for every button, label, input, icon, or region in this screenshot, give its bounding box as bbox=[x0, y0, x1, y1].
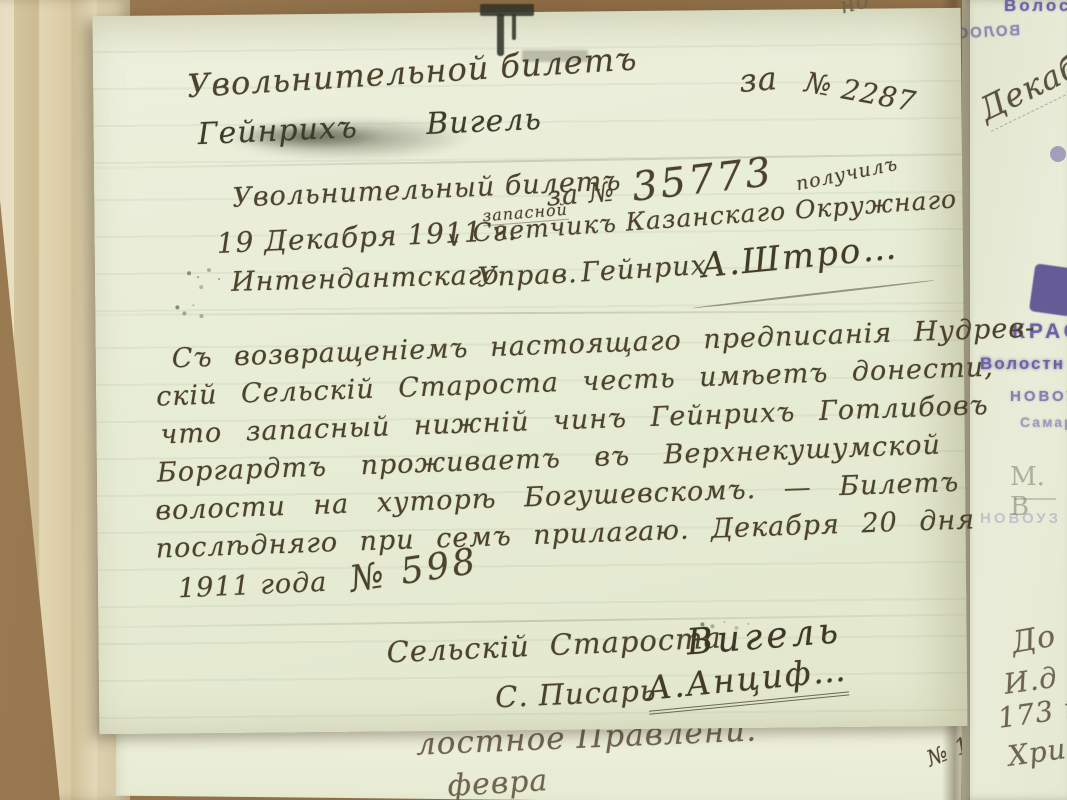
doc-title-za: за bbox=[738, 59, 779, 100]
ink-blot-drip bbox=[512, 14, 516, 40]
doc-title-number: № 2287 bbox=[802, 66, 919, 119]
ink-blot-drip bbox=[497, 14, 504, 56]
archival-photo: лостное Правлени. февра № 114 Волос ВОЛО… bbox=[0, 0, 1067, 800]
main-document-page: Увольнительной билетъ за № 2287 но Гейнр… bbox=[93, 8, 968, 734]
script-fragment: Хри bbox=[1006, 732, 1067, 773]
paper-crease bbox=[95, 310, 963, 316]
signature-label-starosta: Сельскій Староста bbox=[386, 620, 723, 669]
receipt-line3a: Интендантскаго bbox=[231, 260, 500, 298]
faint-stamp-novouz: НОВОУЗ bbox=[980, 510, 1061, 527]
script-fragment: До bbox=[1009, 619, 1059, 661]
bottom-sheet-line: февра bbox=[447, 763, 550, 800]
insert-caret: ∨ bbox=[447, 227, 463, 251]
receipt-line3c: Гейнрих bbox=[580, 250, 708, 289]
receipt-line3b: Управ. bbox=[476, 258, 578, 293]
stamp-line-samar: Самар bbox=[1020, 414, 1067, 430]
date-script-dekab: Декаб bbox=[973, 47, 1067, 132]
faint-underline bbox=[1014, 498, 1056, 500]
body-year-line: 1911 года bbox=[177, 567, 328, 605]
clerk-signature: А.Штро… bbox=[699, 227, 900, 286]
purple-stamp-dot bbox=[1050, 146, 1066, 162]
purple-stamp-blot bbox=[1029, 263, 1067, 316]
ink-speckles bbox=[187, 271, 191, 275]
ink-speckles bbox=[175, 305, 179, 309]
signature-flourish bbox=[692, 279, 935, 309]
pisar-signature: А.Анциф… bbox=[645, 650, 850, 715]
top-edge-fragment: но bbox=[837, 0, 872, 20]
ink-blot bbox=[480, 4, 534, 16]
signature-label-pisar: С. Писарь bbox=[494, 673, 657, 714]
stamp-line-novouz: НОВОУЗ bbox=[1010, 388, 1067, 405]
faint-mark bbox=[522, 50, 588, 62]
volost-stamp-fragment: Волос bbox=[1004, 0, 1067, 16]
